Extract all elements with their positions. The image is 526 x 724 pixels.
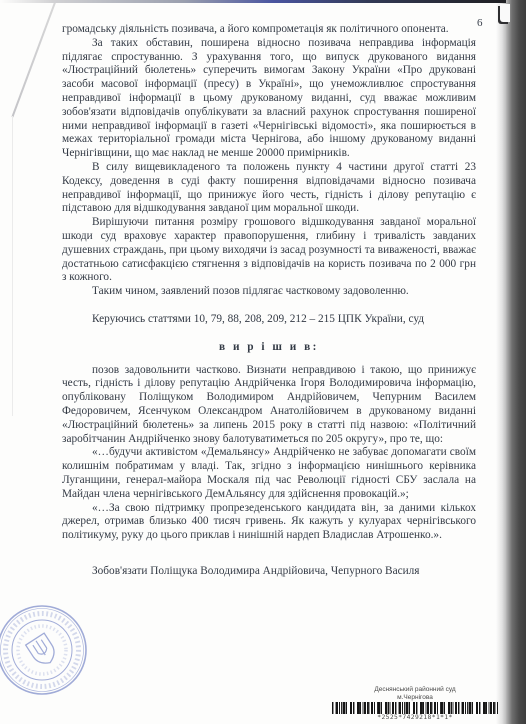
seal-outer-ring bbox=[0, 606, 86, 694]
document-body: громадську діяльність позивача, а його к… bbox=[62, 23, 476, 579]
scanned-court-document-page: { "page_number": "6", "doc": { "paragrap… bbox=[0, 0, 526, 724]
ruling-quote-2: «…За свою підтримку пропрезеденського ка… bbox=[62, 502, 476, 543]
page-right-edge-shadow bbox=[496, 0, 506, 724]
scan-edge-top bbox=[0, 0, 526, 3]
ruling-paragraph-obligation: Зобов'язати Поліщука Володимира Андрійов… bbox=[62, 565, 476, 579]
page-number: 6 bbox=[477, 17, 483, 29]
ruling-paragraph-recognition: позов задовольнити частково. Визнати неп… bbox=[62, 364, 476, 447]
body-paragraph-partial-satisfaction: Таким чином, заявлений позов підлягає ча… bbox=[62, 285, 476, 299]
body-paragraph-article-23: В силу вищевикладеного та положень пункт… bbox=[62, 161, 476, 216]
barcode-icon bbox=[332, 702, 498, 714]
ruling-quote-1: «…будучи активістом «Демальянсу» Андрійч… bbox=[62, 446, 476, 501]
page-fold-line-tail bbox=[12, 116, 13, 416]
body-paragraph-moral-damage: Вирішуючи питання розміру грошового відш… bbox=[62, 216, 476, 285]
resolution-heading: в и р і ш и в: bbox=[62, 341, 476, 355]
barcode-court-name: Деснянський районний суд bbox=[332, 686, 498, 694]
barcode-number: *2525*7429218*1*1* bbox=[332, 714, 498, 722]
scan-edge-right bbox=[506, 0, 526, 724]
court-round-seal bbox=[0, 603, 90, 698]
trident-icon bbox=[26, 633, 60, 668]
court-registration-block: Деснянський районний суд м.Чернігова *25… bbox=[332, 686, 498, 722]
page-fold-line bbox=[11, 0, 57, 117]
body-paragraph-refutation: За таких обставин, поширена відносно поз… bbox=[62, 37, 476, 161]
body-paragraph-continuation: громадську діяльність позивача, а його к… bbox=[62, 23, 476, 37]
body-paragraph-legal-basis: Керуючись статтями 10, 79, 88, 208, 209,… bbox=[62, 313, 476, 327]
barcode-city: м.Чернігова bbox=[332, 694, 498, 702]
page-corner-fold bbox=[500, 4, 510, 22]
